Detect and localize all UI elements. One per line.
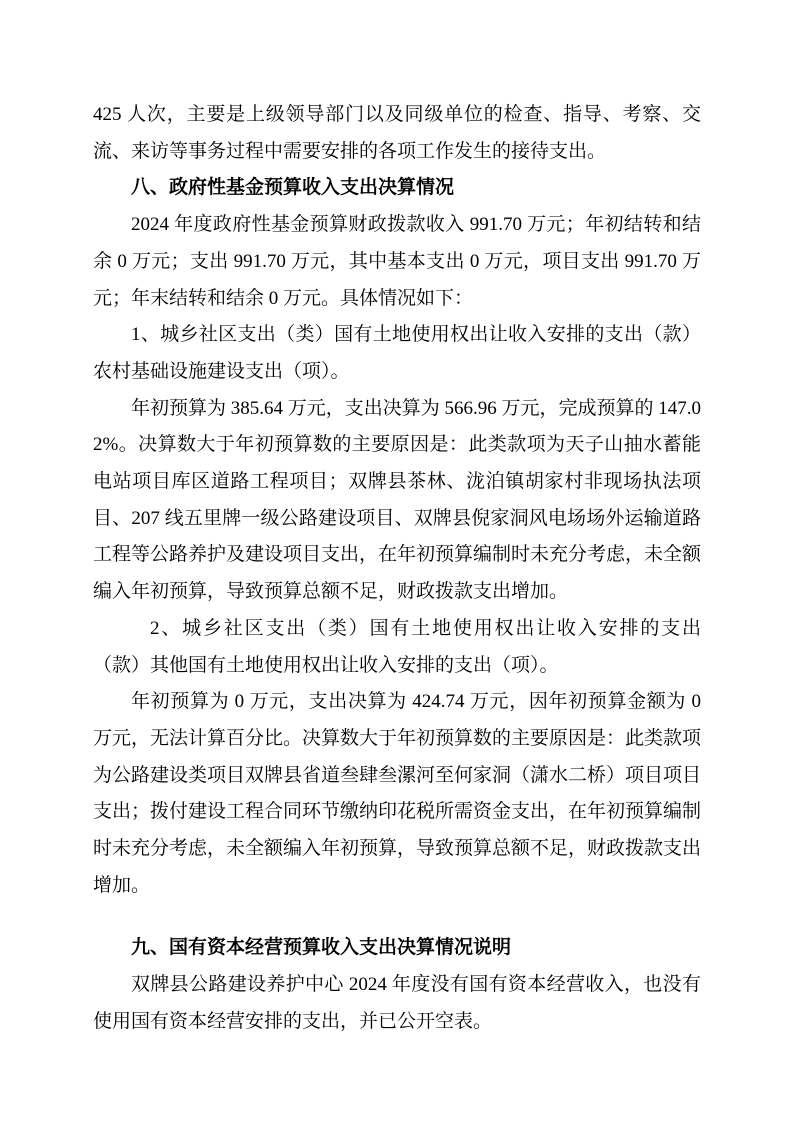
paragraph-item-1-title: 1、城乡社区支出（类）国有土地使用权出让收入安排的支出（款）农村基础设施建设支出…: [93, 317, 701, 390]
heading-section-9-state-capital-budget: 九、国有资本经营预算收入支出决算情况说明: [93, 930, 701, 967]
paragraph-item-1-analysis: 年初预算为 385.64 万元，支出决算为 566.96 万元，完成预算的 14…: [93, 391, 701, 611]
document-page: 425 人次，主要是上级领导部门以及同级单位的检查、指导、考察、交流、来访等事务…: [0, 0, 793, 1122]
heading-section-8-government-fund-budget: 八、政府性基金预算收入支出决算情况: [93, 170, 701, 207]
paragraph-hospitality-expense-continuation: 425 人次，主要是上级领导部门以及同级单位的检查、指导、考察、交流、来访等事务…: [93, 97, 701, 170]
paragraph-state-capital-statement: 双牌县公路建设养护中心 2024 年度没有国有资本经营收入，也没有使用国有资本经…: [93, 967, 701, 1040]
paragraph-item-2-analysis: 年初预算为 0 万元，支出决算为 424.74 万元，因年初预算金额为 0 万元…: [93, 684, 701, 904]
paragraph-item-2-title: 2、城乡社区支出（类）国有土地使用权出让收入安排的支出（款）其他国有土地使用权出…: [93, 611, 701, 684]
paragraph-fund-budget-overview: 2024 年度政府性基金预算财政拨款收入 991.70 万元；年初结转和结余 0…: [93, 207, 701, 317]
